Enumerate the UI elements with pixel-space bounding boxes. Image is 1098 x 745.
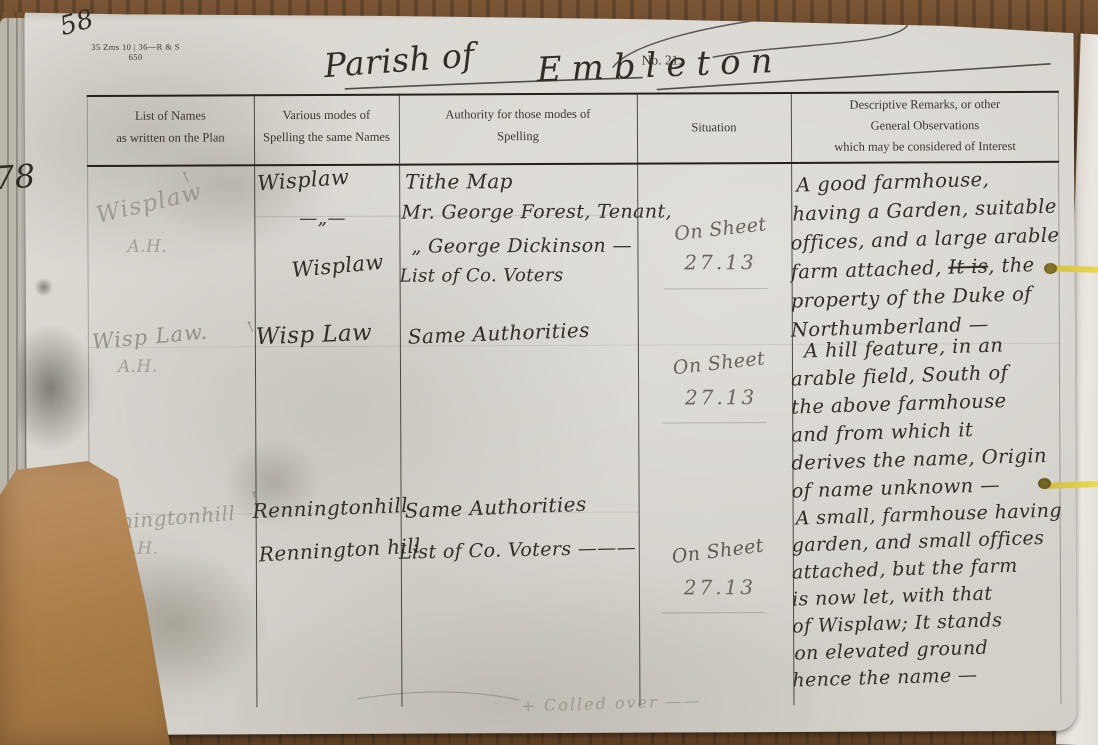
plan-name: Wisp Law.: [91, 319, 209, 354]
situation-underline: [662, 422, 766, 423]
column-header-names: List of Names as written on the Plan: [87, 104, 254, 149]
authority-entry: List of Co. Voters: [400, 265, 564, 287]
register-page: 35 Zms 10 | 36—R & S 650 Parish of Emble…: [24, 4, 1076, 736]
spelling-entry: Renningtonhill: [252, 493, 408, 523]
authority-entry: Tithe Map: [405, 169, 513, 193]
remarks-line: and from which it: [791, 415, 1072, 447]
name-book-table: List of Names as written on the Plan Var…: [87, 91, 1062, 708]
remarks-line: is now let, with that: [792, 580, 1073, 611]
column-header-situation: Situation: [637, 116, 791, 139]
column-rule: [399, 94, 403, 707]
authority-entry: Mr. George Forest, Tenant,: [401, 200, 672, 223]
remarks-line: arable field, South of: [791, 359, 1072, 391]
remarks-line: hence the name —: [792, 661, 1073, 692]
remarks-line: of name unknown —: [791, 471, 1072, 503]
remarks-line: the above farmhouse: [791, 387, 1072, 419]
remarks-line: A small, farmhouse having: [795, 499, 1076, 530]
situation-number: 27.13: [645, 575, 795, 600]
page-title-prefix: Parish of: [322, 35, 476, 85]
remarks-line: on elevated ground: [794, 634, 1075, 665]
surveyor-initials: A.H.: [118, 357, 158, 377]
authority-entry: Same Authorities: [407, 318, 590, 349]
remarks-line: attached, but the farm: [792, 553, 1073, 584]
situation-sheet: On Sheet: [643, 344, 795, 382]
header-rule: [87, 161, 1059, 167]
thread-knot: [1038, 478, 1051, 489]
remarks-line: property of the Duke of: [790, 281, 1071, 313]
column-header-authority: Authority for those modes of Spelling: [399, 103, 637, 148]
spelling-entry: Wisplaw: [291, 250, 385, 282]
thread-knot: [1044, 263, 1057, 274]
ditto-mark: —„—: [299, 208, 346, 229]
remarks-line: having a Garden, suitable: [792, 194, 1073, 226]
sheet-number: No. 21.: [642, 52, 682, 68]
column-header-spelling-modes: Various modes of Spelling the same Names: [254, 104, 399, 149]
struck-words: It is: [948, 255, 989, 279]
scanned-name-book-photo: { "corner_number": "58", "stack_number":…: [0, 0, 1098, 745]
spelling-entry: Wisp Law: [255, 320, 372, 351]
situation-underline: [661, 612, 765, 613]
authority-entry: Same Authorities: [404, 492, 587, 523]
footer-note: + Colled over ——: [521, 691, 702, 715]
remarks-line: garden, and small offices: [791, 526, 1072, 557]
authority-entry: „ George Dickinson —: [411, 235, 632, 258]
situation-underline: [664, 288, 768, 289]
surveyor-initials: A.H.: [127, 237, 167, 257]
spelling-entry: Wisplaw: [256, 165, 350, 196]
stain: [34, 278, 54, 296]
situation-number: 27.13: [645, 250, 795, 275]
column-rule: [637, 93, 641, 706]
remarks-line: A good farmhouse,: [796, 165, 1077, 197]
remarks-line: derives the name, Origin: [791, 443, 1072, 475]
situation-number: 27.13: [646, 385, 796, 410]
printer-code: 35 Zms 10 | 36—R & S 650: [81, 42, 191, 62]
situation-sheet: On Sheet: [642, 531, 794, 572]
plan-name: Wisplaw: [94, 179, 205, 229]
authority-entry: List of Co. Voters ———: [399, 537, 637, 564]
stack-page-number: 78: [0, 157, 37, 198]
remarks-line: of Wisplaw; It stands: [792, 607, 1073, 638]
remarks-line: offices, and a large arable: [790, 223, 1071, 255]
spelling-entry: Rennington hill: [258, 533, 421, 566]
stain: [18, 323, 99, 453]
column-header-remarks: Descriptive Remarks, or other General Ob…: [791, 94, 1059, 158]
remarks-line: farm attached, It is, the: [790, 252, 1071, 284]
